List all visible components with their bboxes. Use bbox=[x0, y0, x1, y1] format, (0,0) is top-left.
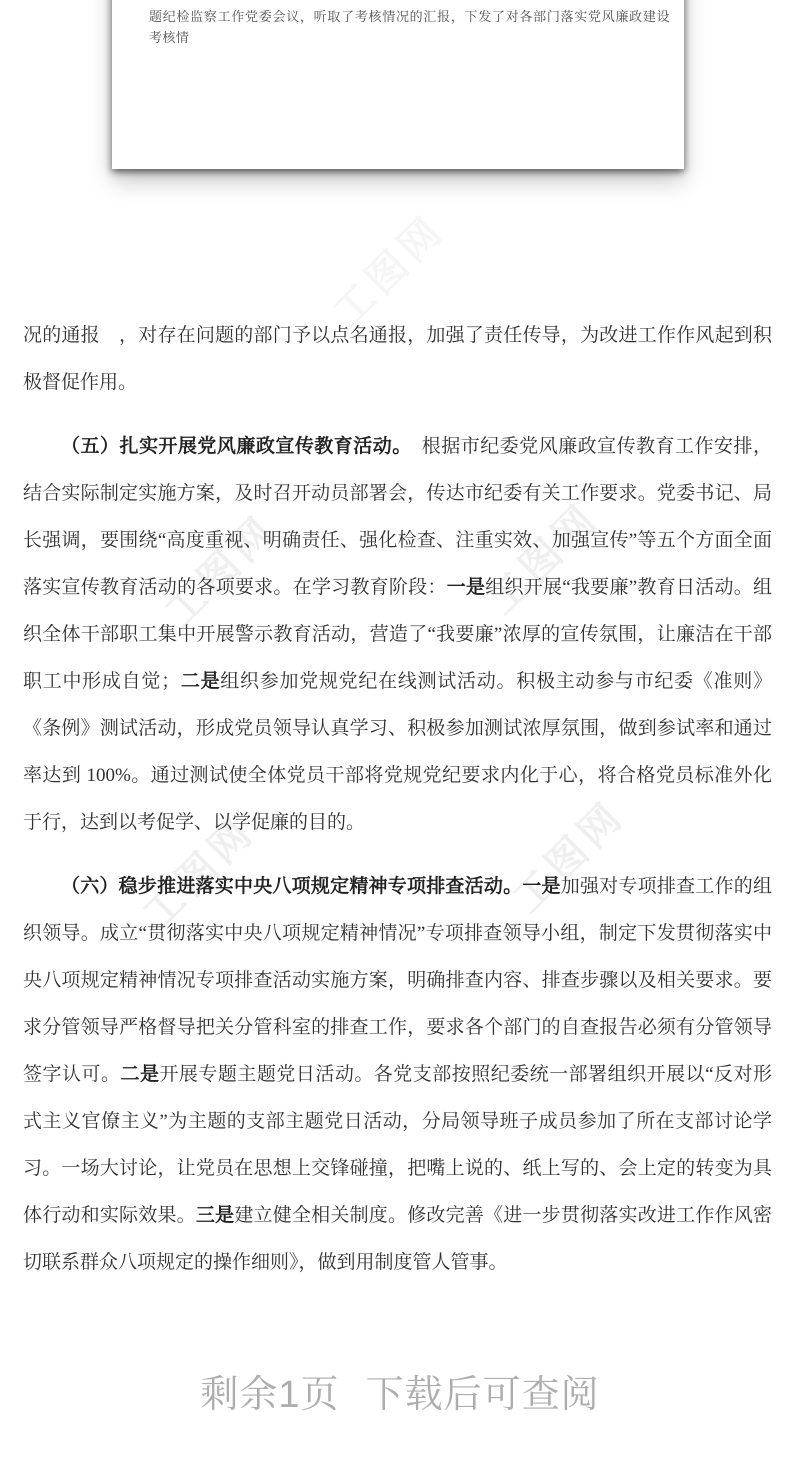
text-run-bold: 二是 bbox=[180, 671, 220, 692]
document-body: 况的通报 ，对存在问题的部门予以点名通报，加强了责任传导，为改进工作作风起到积极… bbox=[23, 312, 772, 1303]
remaining-pages-text: 剩余1页 bbox=[200, 1374, 339, 1416]
paragraph: （六）稳步推进落实中央八项规定精神专项排查活动。一是加强对专项排查工作的组织领导… bbox=[23, 863, 772, 1286]
paragraph: （五）扎实开展党风廉政宣传教育活动。 根据市纪委党风廉政宣传教育工作安排，结合实… bbox=[23, 423, 772, 846]
preview-footer: 剩余1页下载后可查阅 bbox=[0, 1372, 800, 1418]
paragraph: 况的通报 ，对存在问题的部门予以点名通报，加强了责任传导，为改进工作作风起到积极… bbox=[23, 312, 772, 406]
text-run-bold: （六）稳步推进落实中央八项规定精神专项排查活动。一是 bbox=[61, 876, 561, 897]
text-run: 加强对专项排查工作的组织领导。成立“贯彻落实中央八项规定精神情况”专项排查领导小… bbox=[23, 876, 772, 1085]
text-run-bold: 二是 bbox=[120, 1064, 159, 1085]
text-run: 况的通报 ，对存在问题的部门予以点名通报，加强了责任传导，为改进工作作风起到积极… bbox=[23, 325, 772, 393]
previous-page-tail-text: 题纪检监察工作党委会议，听取了考核情况的汇报，下发了对各部门落实党风廉政建设考核… bbox=[149, 6, 670, 48]
text-run: 组织参加党规党纪在线测试活动。积极主动参与市纪委《准则》《条例》测试活动，形成党… bbox=[23, 671, 772, 833]
previous-page-card: 题纪检监察工作党委会议，听取了考核情况的汇报，下发了对各部门落实党风廉政建设考核… bbox=[112, 0, 684, 169]
text-run-bold: 一是 bbox=[447, 577, 486, 598]
text-run-bold: 三是 bbox=[196, 1205, 234, 1226]
text-run: 根据市纪委党风廉政宣传教育工作安排，结合实际制定实施方案，及时召开动员部署会，传… bbox=[23, 436, 772, 598]
download-hint-text: 下载后可查阅 bbox=[366, 1374, 600, 1416]
text-run: 开展专题主题党日活动。各党支部按照纪委统一部署组织开展以“反对形式主义官僚主义”… bbox=[23, 1064, 772, 1226]
text-run-bold: （五）扎实开展党风廉政宣传教育活动。 bbox=[61, 436, 402, 457]
